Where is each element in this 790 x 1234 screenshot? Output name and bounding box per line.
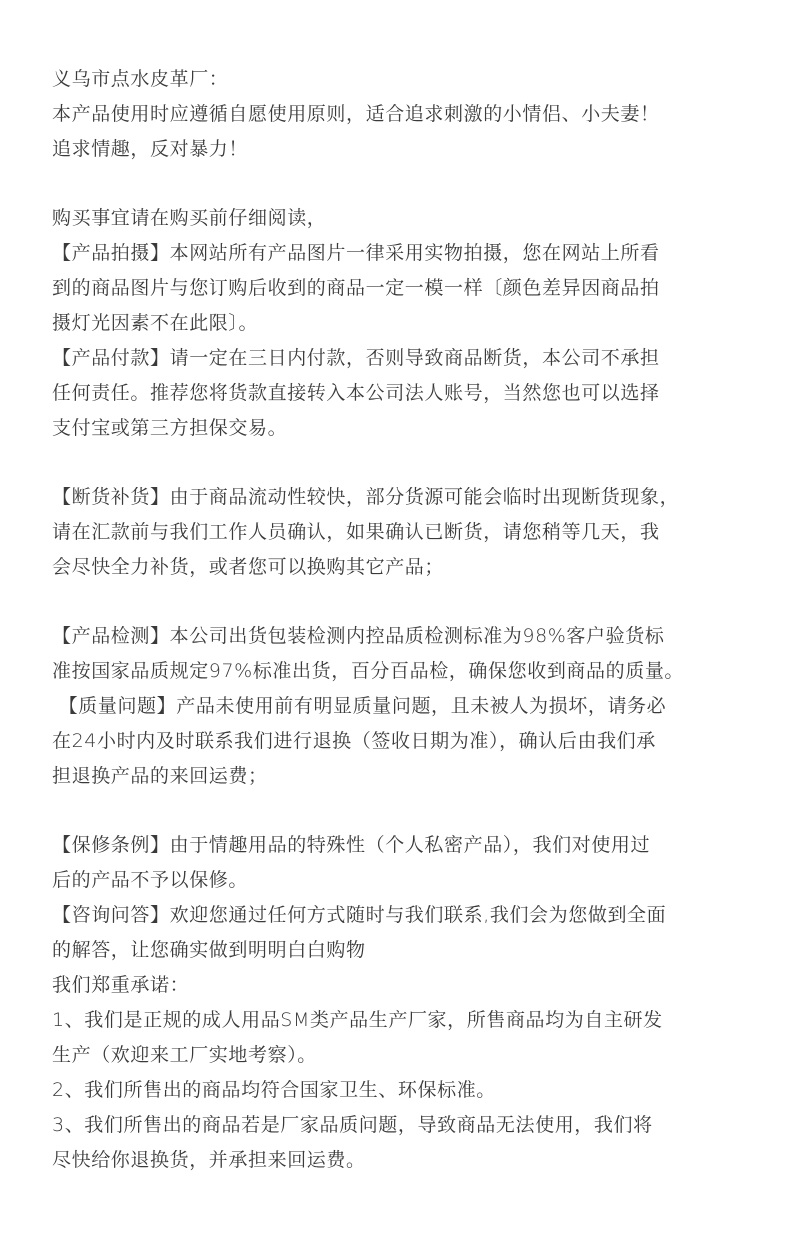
promise-item: 3、我们所售出的商品若是厂家品质问题，导致商品无法使用，我们将	[52, 1108, 752, 1143]
promise-item: 1、我们是正规的成人用品SM类产品生产厂家，所售商品均为自主研发	[52, 1003, 752, 1038]
promise-item: 生产（欢迎来工厂实地考察）。	[52, 1038, 752, 1073]
paragraph-line: 任何责任。推荐您将货款直接转入本公司法人账号，当然您也可以选择	[52, 376, 752, 411]
paragraph-line: 到的商品图片与您订购后收到的商品一定一模一样〔颜色差异因商品拍	[52, 271, 752, 306]
promise-title: 我们郑重承诺：	[52, 968, 752, 1003]
spacer	[52, 585, 752, 619]
paragraph-line: 的解答，让您确实做到明明白白购物	[52, 933, 752, 968]
paragraph-line: 【质量问题】产品未使用前有明显质量问题，且未被人为损坏，请务必	[52, 689, 752, 724]
spacer	[52, 794, 752, 828]
company-name: 义乌市点水皮革厂：	[52, 62, 752, 97]
paragraph-line: 【保修条例】由于情趣用品的特殊性（个人私密产品），我们对使用过	[52, 828, 752, 863]
section-quality: 【质量问题】产品未使用前有明显质量问题，且未被人为损坏，请务必 在24小时内及时…	[52, 689, 752, 794]
paragraph-line: 请在汇款前与我们工作人员确认，如果确认已断货，请您稍等几天，我	[52, 515, 752, 550]
paragraph-line: 摄灯光因素不在此限〕。	[52, 306, 752, 341]
promise-item: 尽快给你退换货，并承担来回运费。	[52, 1143, 752, 1178]
purchase-notice: 购买事宜请在购买前仔细阅读，	[52, 201, 752, 236]
spacer	[52, 446, 752, 480]
paragraph-line: 会尽快全力补货，或者您可以换购其它产品；	[52, 550, 752, 585]
section-photography: 【产品拍摄】本网站所有产品图片一律采用实物拍摄，您在网站上所看 到的商品图片与您…	[52, 236, 752, 341]
policy-document: 义乌市点水皮革厂： 本产品使用时应遵循自愿使用原则，适合追求刺激的小情侣、小夫妻…	[52, 62, 752, 1178]
spacer	[52, 167, 752, 201]
paragraph-line: 支付宝或第三方担保交易。	[52, 411, 752, 446]
paragraph-line: 【断货补货】由于商品流动性较快，部分货源可能会临时出现断货现象，	[52, 480, 752, 515]
paragraph-line: 【产品检测】本公司出货包装检测内控品质检测标准为98%客户验货标	[52, 619, 752, 654]
section-restock: 【断货补货】由于商品流动性较快，部分货源可能会临时出现断货现象， 请在汇款前与我…	[52, 480, 752, 585]
paragraph-line: 【产品拍摄】本网站所有产品图片一律采用实物拍摄，您在网站上所看	[52, 236, 752, 271]
paragraph-line: 担退换产品的来回运费；	[52, 759, 752, 794]
section-promise: 我们郑重承诺： 1、我们是正规的成人用品SM类产品生产厂家，所售商品均为自主研发…	[52, 968, 752, 1178]
section-consult: 【咨询问答】欢迎您通过任何方式随时与我们联系,我们会为您做到全面 的解答，让您确…	[52, 898, 752, 968]
paragraph-line: 【产品付款】请一定在三日内付款，否则导致商品断货，本公司不承担	[52, 341, 752, 376]
intro-line: 本产品使用时应遵循自愿使用原则，适合追求刺激的小情侣、小夫妻！	[52, 97, 752, 132]
promise-item: 2、我们所售出的商品均符合国家卫生、环保标准。	[52, 1073, 752, 1108]
paragraph-line: 后的产品不予以保修。	[52, 863, 752, 898]
paragraph-line: 【咨询问答】欢迎您通过任何方式随时与我们联系,我们会为您做到全面	[52, 898, 752, 933]
paragraph-line: 准按国家品质规定97%标准出货，百分百品检，确保您收到商品的质量。	[52, 654, 752, 689]
section-inspection: 【产品检测】本公司出货包装检测内控品质检测标准为98%客户验货标 准按国家品质规…	[52, 619, 752, 689]
intro-line: 追求情趣，反对暴力！	[52, 132, 752, 167]
section-warranty: 【保修条例】由于情趣用品的特殊性（个人私密产品），我们对使用过 后的产品不予以保…	[52, 828, 752, 898]
section-payment: 【产品付款】请一定在三日内付款，否则导致商品断货，本公司不承担 任何责任。推荐您…	[52, 341, 752, 446]
paragraph-line: 在24小时内及时联系我们进行退换（签收日期为准），确认后由我们承	[52, 724, 752, 759]
